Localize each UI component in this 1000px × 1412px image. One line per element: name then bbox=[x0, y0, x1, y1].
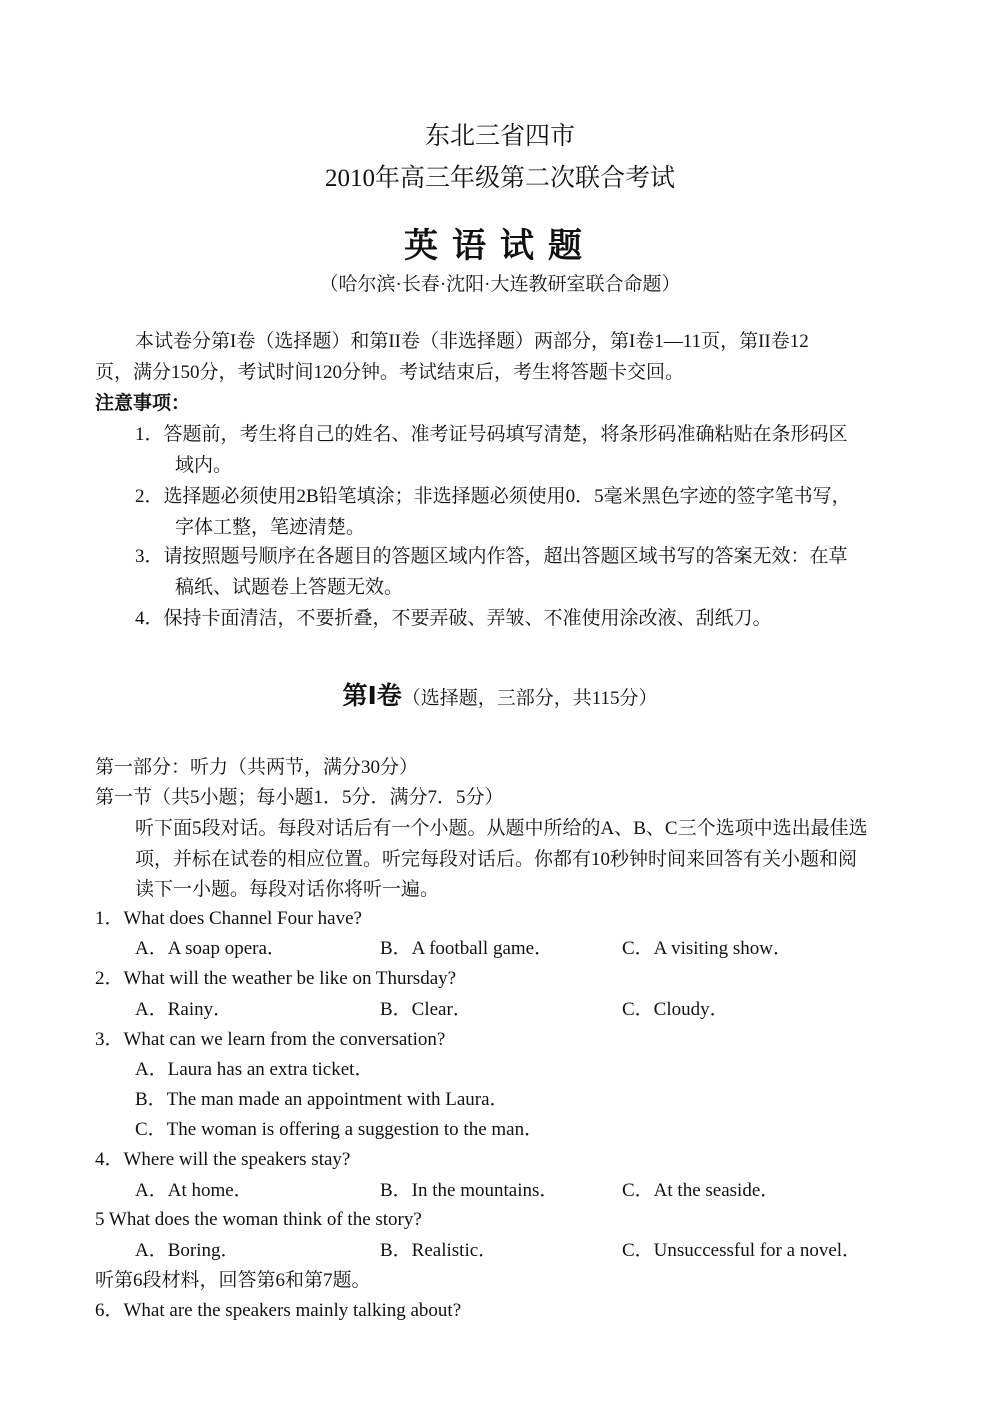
intro-line: 页，满分150分，考试时间120分钟。考试结束后，考生将答题卡交回。 bbox=[95, 357, 684, 388]
note-item-cont: 域内。 bbox=[175, 450, 232, 481]
option-a: A．Boring． bbox=[135, 1235, 240, 1266]
question-stem: 2．What will the weather be like on Thurs… bbox=[95, 963, 456, 994]
note-item: 2．选择题必须使用2B铅笔填涂；非选择题必须使用0．5毫米黑色字迹的签字笔书写， bbox=[135, 481, 851, 512]
segment-instruction: 听第6段材料，回答第6和第7题。 bbox=[95, 1265, 371, 1296]
section-title: 第一节（共5小题；每小题1．5分．满分7．5分） bbox=[95, 782, 504, 813]
option-c: C．Cloudy． bbox=[622, 994, 729, 1025]
option-b: B．Clear． bbox=[380, 994, 472, 1025]
option-a: A．A soap opera． bbox=[135, 933, 286, 964]
option-b: B．The man made an appointment with Laura… bbox=[135, 1084, 509, 1115]
question-stem: 5 What does the woman think of the story… bbox=[95, 1204, 422, 1235]
option-b: B．A football game． bbox=[380, 933, 553, 964]
header-exam-line: 2010年高三年级第二次联合考试 bbox=[0, 158, 1000, 194]
note-item: 1．答题前，考生将自己的姓名、准考证号码填写清楚，将条形码准确粘贴在条形码区 bbox=[135, 419, 848, 450]
exam-subtitle: （哈尔滨·长春·沈阳·大连教研室联合命题） bbox=[0, 269, 1000, 296]
note-item-cont: 稿纸、试题卷上答题无效。 bbox=[175, 572, 403, 603]
option-c: C．The woman is offering a suggestion to … bbox=[135, 1114, 543, 1145]
header-region-line: 东北三省四市 bbox=[0, 116, 1000, 152]
note-item: 4．保持卡面清洁，不要折叠，不要弄破、弄皱、不准使用涂改液、刮纸刀。 bbox=[135, 603, 772, 634]
option-a: A．At home． bbox=[135, 1175, 253, 1206]
option-b: B．Realistic． bbox=[380, 1235, 497, 1266]
question-stem: 4．Where will the speakers stay? bbox=[95, 1144, 350, 1175]
option-b: B．In the mountains． bbox=[380, 1175, 558, 1206]
exam-title: 英语试题 bbox=[0, 218, 1000, 267]
instruction-line: 项，并标在试卷的相应位置。听完每段对话后。你都有10秒钟时间来回答有关小题和阅 bbox=[135, 844, 857, 875]
instruction-line: 读下一小题。每段对话你将听一遍。 bbox=[135, 874, 439, 905]
question-stem: 1．What does Channel Four have? bbox=[95, 903, 362, 934]
option-a: A．Laura has an extra ticket． bbox=[135, 1054, 373, 1085]
notes-heading: 注意事项： bbox=[95, 388, 190, 419]
instruction-line: 听下面5段对话。每段对话后有一个小题。从题中所给的A、B、C三个选项中选出最佳选 bbox=[135, 813, 868, 844]
volume-detail: （选择题，三部分，共115分） bbox=[402, 688, 658, 709]
note-item: 3．请按照题号顺序在各题目的答题区域内作答，超出答题区域书写的答案无效：在草 bbox=[135, 541, 848, 572]
volume-label: 第I卷 bbox=[342, 681, 401, 710]
volume-heading: 第I卷（选择题，三部分，共115分） bbox=[0, 676, 1000, 712]
intro-line: 本试卷分第I卷（选择题）和第II卷（非选择题）两部分，第I卷1—11页，第II卷… bbox=[135, 326, 809, 357]
option-c: C．At the seaside． bbox=[622, 1175, 779, 1206]
note-item-cont: 字体工整，笔迹清楚。 bbox=[175, 512, 365, 543]
option-c: C．Unsuccessful for a novel． bbox=[622, 1235, 861, 1266]
option-c: C．A visiting show． bbox=[622, 933, 792, 964]
part-title: 第一部分：听力（共两节，满分30分） bbox=[95, 752, 418, 783]
question-stem: 3．What can we learn from the conversatio… bbox=[95, 1024, 445, 1055]
option-a: A．Rainy． bbox=[135, 994, 232, 1025]
question-stem: 6．What are the speakers mainly talking a… bbox=[95, 1295, 461, 1326]
